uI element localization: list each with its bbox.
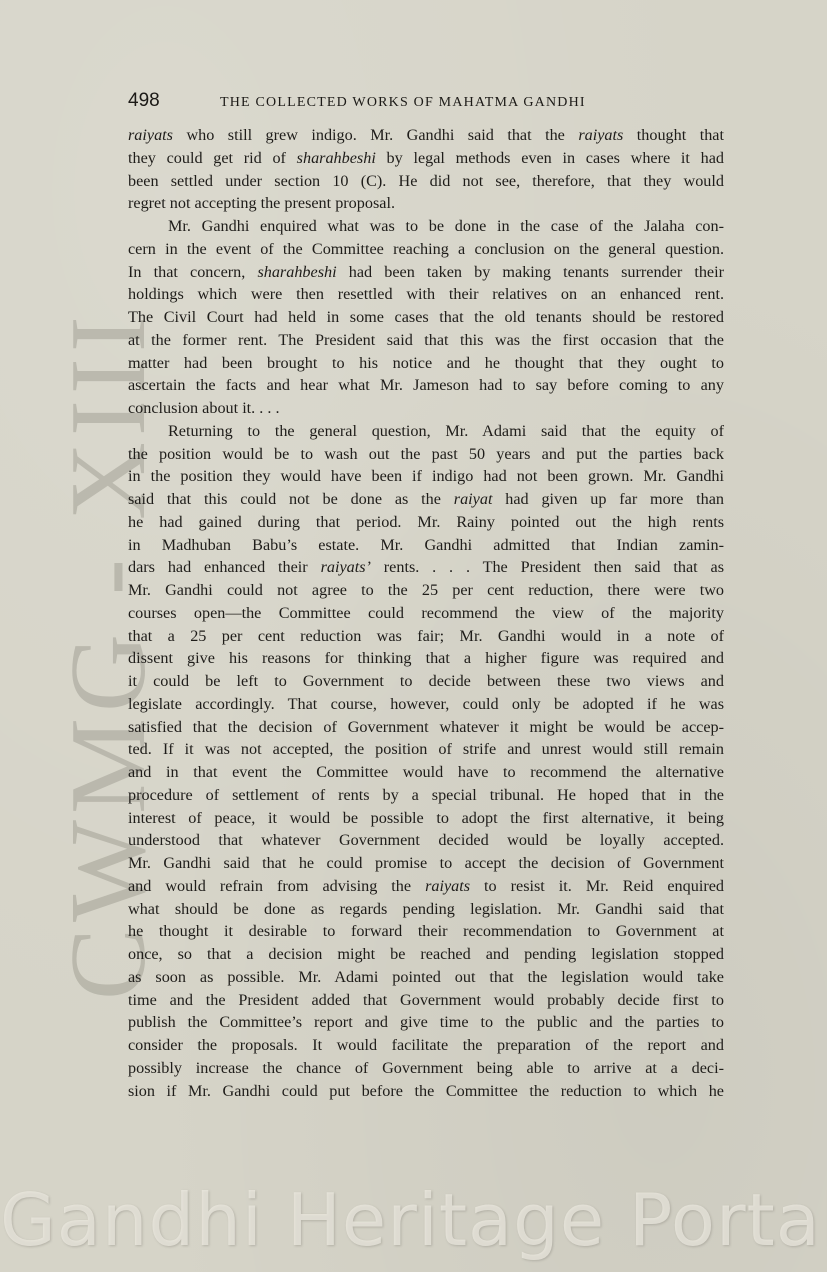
text-run: in Madhuban Babu’s estate. Mr. Gandhi ad… [128, 536, 724, 554]
text-run: been settled under section 10 (C). He di… [128, 172, 724, 190]
text-run: he thought it desirable to forward their… [128, 922, 724, 940]
text-line: at the former rent. The President said t… [128, 329, 724, 352]
text-run: legislate accordingly. That course, howe… [128, 695, 724, 713]
text-line: Returning to the general question, Mr. A… [128, 420, 724, 443]
text-run: matter had been brought to his notice an… [128, 354, 724, 372]
running-title: THE COLLECTED WORKS OF MAHATMA GANDHI [220, 95, 586, 111]
text-run: to resist it. Mr. Reid enquired [470, 877, 724, 895]
text-run: sion if Mr. Gandhi could put before the … [128, 1082, 724, 1100]
text-run: he had gained during that period. Mr. Ra… [128, 513, 724, 531]
text-line: cern in the event of the Committee reach… [128, 238, 724, 261]
text-run: conclusion about it. . . . [128, 399, 280, 417]
running-head: 498 THE COLLECTED WORKS OF MAHATMA GANDH… [128, 90, 728, 114]
text-run: In that concern, [128, 263, 257, 281]
text-line: that a 25 per cent reduction was fair; M… [128, 625, 724, 648]
text-line: consider the proposals. It would facilit… [128, 1034, 724, 1057]
text-line: interest of peace, it would be possible … [128, 807, 724, 830]
text-run: thought that [623, 126, 724, 144]
text-run: dars had enhanced their [128, 558, 321, 576]
text-line: what should be done as regards pending l… [128, 898, 724, 921]
italic-term: raiyats [578, 126, 623, 144]
text-run: Mr. Gandhi could not agree to the 25 per… [128, 581, 724, 599]
text-line: possibly increase the chance of Governme… [128, 1057, 724, 1080]
text-line: Mr. Gandhi enquired what was to be done … [128, 215, 724, 238]
text-run: what should be done as regards pending l… [128, 900, 724, 918]
text-run: that a 25 per cent reduction was fair; M… [128, 627, 724, 645]
text-run: consider the proposals. It would facilit… [128, 1036, 724, 1054]
text-run: interest of peace, it would be possible … [128, 809, 724, 827]
text-run: who still grew indigo. Mr. Gandhi said t… [173, 126, 578, 144]
text-run: and would refrain from advising the [128, 877, 425, 895]
text-run: in the position they would have been if … [128, 467, 724, 485]
text-line: time and the President added that Govern… [128, 989, 724, 1012]
text-run: cern in the event of the Committee reach… [128, 240, 724, 258]
text-run: understood that whatever Government deci… [128, 831, 724, 849]
text-line: regret not accepting the present proposa… [128, 192, 724, 215]
italic-term: raiyats [425, 877, 470, 895]
text-run: Mr. Gandhi said that he could promise to… [128, 854, 724, 872]
text-line: it could be left to Government to decide… [128, 670, 724, 693]
body-text: raiyats who still grew indigo. Mr. Gandh… [128, 124, 724, 1102]
text-run: by legal methods even in cases where it … [376, 149, 724, 167]
text-line: raiyats who still grew indigo. Mr. Gandh… [128, 124, 724, 147]
text-run: The Civil Court had held in some cases t… [128, 308, 724, 326]
text-run: had given up far more than [492, 490, 724, 508]
text-run: as soon as possible. Mr. Adami pointed o… [128, 968, 724, 986]
text-run: possibly increase the chance of Governme… [128, 1059, 724, 1077]
text-line: holdings which were then resettled with … [128, 283, 724, 306]
text-run: regret not accepting the present proposa… [128, 194, 395, 212]
page-number: 498 [128, 90, 220, 112]
portal-watermark: Gandhi Heritage Portal [0, 1178, 827, 1262]
text-run: had been taken by making tenants surrend… [337, 263, 724, 281]
text-run: procedure of settlement of rents by a sp… [128, 786, 724, 804]
text-line: matter had been brought to his notice an… [128, 352, 724, 375]
text-run: rents. . . . The President then said tha… [371, 558, 724, 576]
italic-term: raiyats [128, 126, 173, 144]
text-run: satisfied that the decision of Governmen… [128, 718, 724, 736]
text-run: ted. If it was not accepted, the positio… [128, 740, 724, 758]
text-line: dars had enhanced their raiyats’ rents. … [128, 556, 724, 579]
text-run: the position would be to wash out the pa… [128, 445, 724, 463]
text-line: publish the Committee’s report and give … [128, 1011, 724, 1034]
text-line: conclusion about it. . . . [128, 397, 724, 420]
text-run: said that this could not be done as the [128, 490, 454, 508]
text-line: sion if Mr. Gandhi could put before the … [128, 1080, 724, 1103]
text-line: said that this could not be done as the … [128, 488, 724, 511]
text-run: it could be left to Government to decide… [128, 672, 724, 690]
text-line: satisfied that the decision of Governmen… [128, 716, 724, 739]
text-run: Mr. Gandhi enquired what was to be done … [168, 217, 724, 235]
text-line: In that concern, sharahbeshi had been ta… [128, 261, 724, 284]
text-line: understood that whatever Government deci… [128, 829, 724, 852]
text-run: time and the President added that Govern… [128, 991, 724, 1009]
text-run: dissent give his reasons for thinking th… [128, 649, 724, 667]
text-line: in the position they would have been if … [128, 465, 724, 488]
text-line: legislate accordingly. That course, howe… [128, 693, 724, 716]
text-line: and in that event the Committee would ha… [128, 761, 724, 784]
text-run: and in that event the Committee would ha… [128, 763, 724, 781]
text-run: courses open—the Committee could recomme… [128, 604, 724, 622]
book-page: CWMG - XIII 498 THE COLLECTED WORKS OF M… [0, 0, 827, 1272]
text-line: procedure of settlement of rents by a sp… [128, 784, 724, 807]
text-run: once, so that a decision might be reache… [128, 945, 724, 963]
text-run: Returning to the general question, Mr. A… [168, 422, 724, 440]
text-line: Mr. Gandhi said that he could promise to… [128, 852, 724, 875]
text-line: dissent give his reasons for thinking th… [128, 647, 724, 670]
text-run: they could get rid of [128, 149, 297, 167]
italic-term: sharahbeshi [297, 149, 376, 167]
italic-term: sharahbeshi [257, 263, 336, 281]
text-line: ted. If it was not accepted, the positio… [128, 738, 724, 761]
text-run: at the former rent. The President said t… [128, 331, 724, 349]
text-line: they could get rid of sharahbeshi by leg… [128, 147, 724, 170]
text-line: ascertain the facts and hear what Mr. Ja… [128, 374, 724, 397]
text-run: publish the Committee’s report and give … [128, 1013, 724, 1031]
text-line: and would refrain from advising the raiy… [128, 875, 724, 898]
text-line: as soon as possible. Mr. Adami pointed o… [128, 966, 724, 989]
text-line: in Madhuban Babu’s estate. Mr. Gandhi ad… [128, 534, 724, 557]
text-line: he had gained during that period. Mr. Ra… [128, 511, 724, 534]
italic-term: raiyat [454, 490, 493, 508]
text-run: ascertain the facts and hear what Mr. Ja… [128, 376, 724, 394]
italic-term: raiyats’ [321, 558, 371, 576]
text-line: The Civil Court had held in some cases t… [128, 306, 724, 329]
text-line: he thought it desirable to forward their… [128, 920, 724, 943]
text-line: once, so that a decision might be reache… [128, 943, 724, 966]
text-line: been settled under section 10 (C). He di… [128, 170, 724, 193]
text-line: Mr. Gandhi could not agree to the 25 per… [128, 579, 724, 602]
text-line: courses open—the Committee could recomme… [128, 602, 724, 625]
text-run: holdings which were then resettled with … [128, 285, 724, 303]
text-line: the position would be to wash out the pa… [128, 443, 724, 466]
